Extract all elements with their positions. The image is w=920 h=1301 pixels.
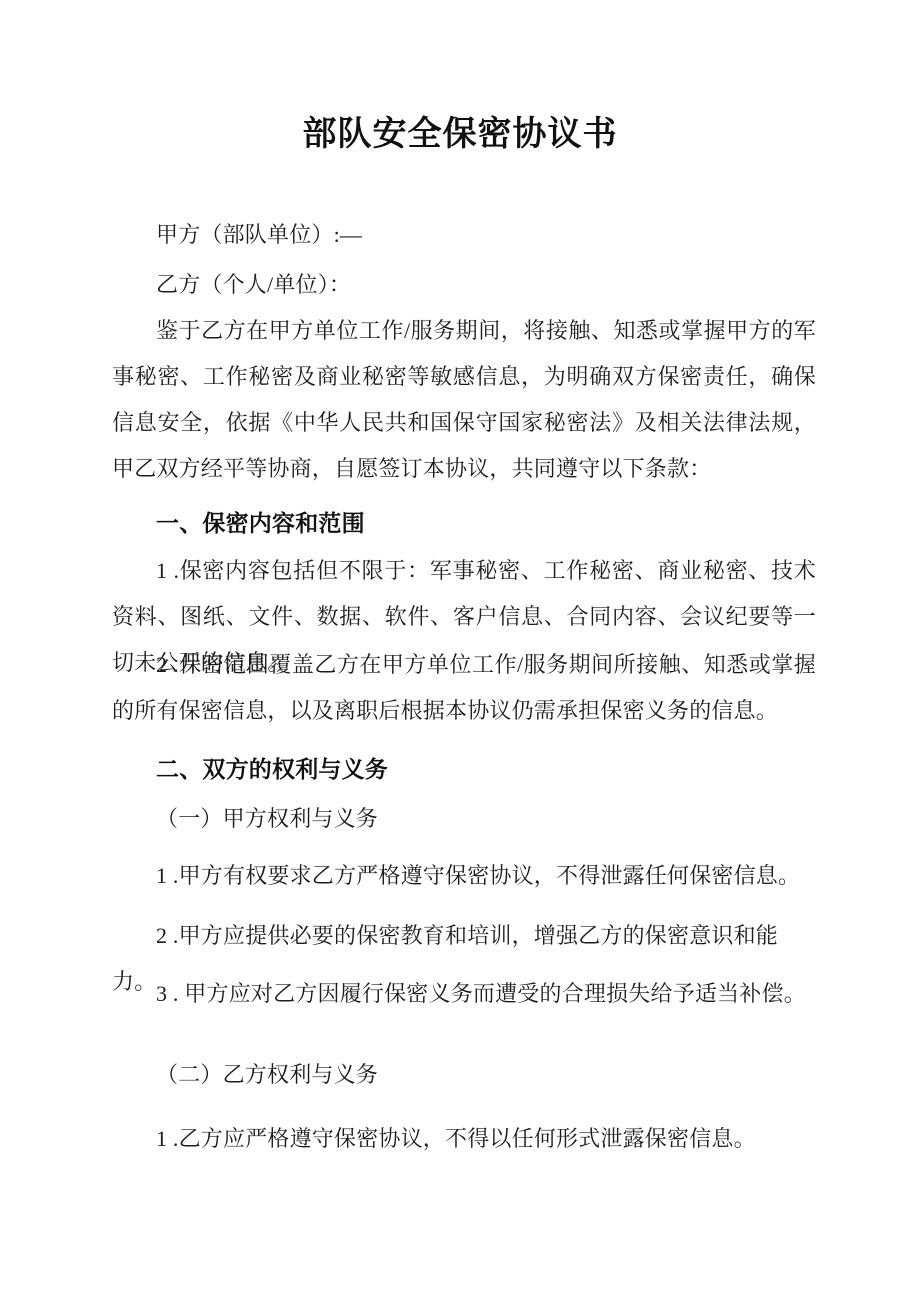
- party-a-line: 甲方（部队单位）:—: [112, 212, 816, 258]
- preamble-paragraph: 鉴于乙方在甲方单位工作/服务期间，将接触、知悉或掌握甲方的军事秘密、工作秘密及商…: [112, 308, 816, 492]
- section-1-item-2: 2 .保密范围覆盖乙方在甲方单位工作/服务期间所接触、知悉或掌握的所有保密信息，…: [112, 642, 816, 734]
- section-2-heading: 二、双方的权利与义务: [112, 746, 816, 792]
- subsection-1-heading: （一）甲方权利与义务: [112, 796, 816, 842]
- subsection-1-item-1: 1 .甲方有权要求乙方严格遵守保密协议，不得泄露任何保密信息。: [112, 853, 816, 899]
- subsection-1-item-3: 3 . 甲方应对乙方因履行保密义务而遭受的合理损失给予适当补偿。: [112, 971, 816, 1017]
- subsection-2-item-1: 1 .乙方应严格遵守保密协议，不得以任何形式泄露保密信息。: [112, 1116, 816, 1162]
- document-title: 部队安全保密协议书: [0, 110, 920, 158]
- document-page: 部队安全保密协议书 甲方（部队单位）:— 乙方（个人/单位）： 鉴于乙方在甲方单…: [0, 0, 920, 1301]
- subsection-2-heading: （二）乙方权利与义务: [112, 1052, 816, 1098]
- section-1-heading: 一、保密内容和范围: [112, 500, 816, 546]
- party-b-line: 乙方（个人/单位）：: [112, 262, 816, 308]
